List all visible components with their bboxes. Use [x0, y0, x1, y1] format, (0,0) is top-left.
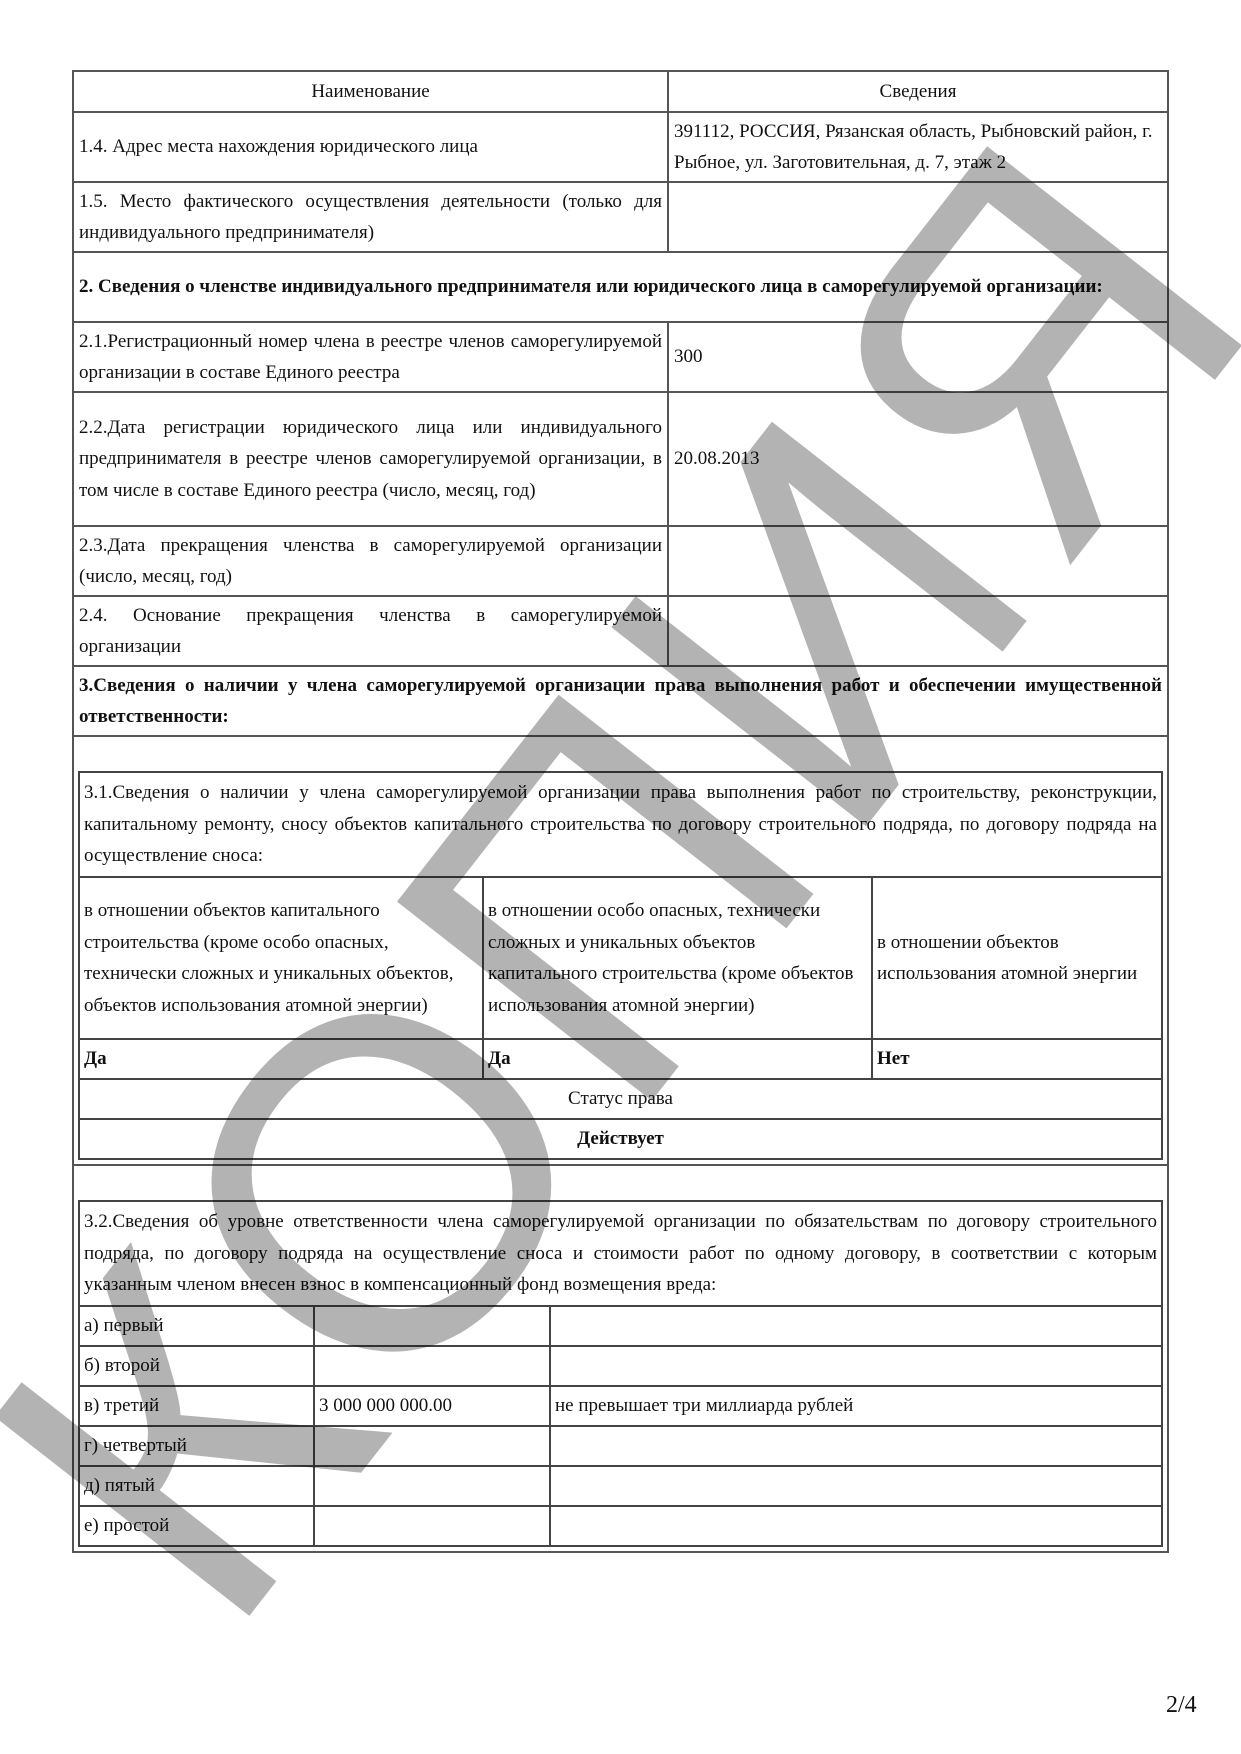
liability-row: г) четвертый	[79, 1426, 1162, 1466]
level-description	[550, 1506, 1162, 1546]
row-label: 1.4. Адрес места нахождения юридического…	[73, 112, 668, 182]
column-regular-objects: в отношении объектов капитального строит…	[79, 877, 483, 1039]
column-nuclear-objects: в отношении объектов использования атомн…	[872, 877, 1162, 1039]
row-label: 2.4. Основание прекращения членства в са…	[73, 596, 668, 666]
level-amount	[314, 1306, 550, 1346]
row-label: 1.5. Место фактического осуществления де…	[73, 182, 668, 252]
value-dangerous-objects: Да	[483, 1039, 872, 1079]
level-label: в) третий	[79, 1386, 314, 1426]
header-name: Наименование	[73, 71, 668, 112]
row-label: 2.1.Регистрационный номер члена в реестр…	[73, 322, 668, 392]
level-description	[550, 1426, 1162, 1466]
page-number: 2/4	[1166, 1692, 1197, 1719]
liability-row: е) простой	[79, 1506, 1162, 1546]
subsection-31-title: 3.1.Сведения о наличии у члена саморегул…	[79, 772, 1162, 877]
value-regular-objects: Да	[79, 1039, 483, 1079]
status-value: Действует	[79, 1119, 1162, 1159]
row-value: 300	[668, 322, 1168, 392]
table-row: 2.4. Основание прекращения членства в са…	[73, 596, 1168, 666]
table-row: 2.3.Дата прекращения членства в саморегу…	[73, 526, 1168, 596]
table-row: 2.1.Регистрационный номер члена в реестр…	[73, 322, 1168, 392]
row-value	[668, 526, 1168, 596]
subsection-32-row: 3.2.Сведения об уровне ответственности ч…	[73, 1165, 1168, 1552]
registry-extract-table: Наименование Сведения 1.4. Адрес места н…	[72, 70, 1169, 1553]
row-value: 391112, РОССИЯ, Рязанская область, Рыбно…	[668, 112, 1168, 182]
liability-row: д) пятый	[79, 1466, 1162, 1506]
status-label: Статус права	[79, 1079, 1162, 1119]
liability-row: а) первый	[79, 1306, 1162, 1346]
document-page: Наименование Сведения 1.4. Адрес места н…	[72, 70, 1169, 1553]
level-label: е) простой	[79, 1506, 314, 1546]
row-value	[668, 596, 1168, 666]
level-description: не превышает три миллиарда рублей	[550, 1386, 1162, 1426]
level-label: г) четвертый	[79, 1426, 314, 1466]
subsection-31-row: 3.1.Сведения о наличии у члена саморегул…	[73, 736, 1168, 1165]
level-amount	[314, 1466, 550, 1506]
level-label: б) второй	[79, 1346, 314, 1386]
section-2-title: 2. Сведения о членстве индивидуального п…	[73, 252, 1168, 322]
row-label: 2.2.Дата регистрации юридического лица и…	[73, 392, 668, 526]
level-amount	[314, 1506, 550, 1546]
level-description	[550, 1306, 1162, 1346]
subsection-32-title: 3.2.Сведения об уровне ответственности ч…	[79, 1201, 1162, 1306]
table-row: 2.2.Дата регистрации юридического лица и…	[73, 392, 1168, 526]
right-to-work-table: 3.1.Сведения о наличии у члена саморегул…	[78, 771, 1163, 1160]
liability-level-table: 3.2.Сведения об уровне ответственности ч…	[78, 1200, 1163, 1547]
level-label: а) первый	[79, 1306, 314, 1346]
level-amount: 3 000 000 000.00	[314, 1386, 550, 1426]
table-header-row: Наименование Сведения	[73, 71, 1168, 112]
level-description	[550, 1346, 1162, 1386]
table-row: 1.5. Место фактического осуществления де…	[73, 182, 1168, 252]
level-amount	[314, 1346, 550, 1386]
liability-row: в) третий 3 000 000 000.00 не превышает …	[79, 1386, 1162, 1426]
row-value	[668, 182, 1168, 252]
section-heading-row: 2. Сведения о членстве индивидуального п…	[73, 252, 1168, 322]
row-value: 20.08.2013	[668, 392, 1168, 526]
section-heading-row: 3.Сведения о наличии у члена саморегулир…	[73, 666, 1168, 736]
column-dangerous-objects: в отношении особо опасных, технически сл…	[483, 877, 872, 1039]
level-label: д) пятый	[79, 1466, 314, 1506]
level-amount	[314, 1426, 550, 1466]
liability-row: б) второй	[79, 1346, 1162, 1386]
table-row: 1.4. Адрес места нахождения юридического…	[73, 112, 1168, 182]
level-description	[550, 1466, 1162, 1506]
section-3-title: 3.Сведения о наличии у члена саморегулир…	[73, 666, 1168, 736]
header-info: Сведения	[668, 71, 1168, 112]
row-label: 2.3.Дата прекращения членства в саморегу…	[73, 526, 668, 596]
value-nuclear-objects: Нет	[872, 1039, 1162, 1079]
